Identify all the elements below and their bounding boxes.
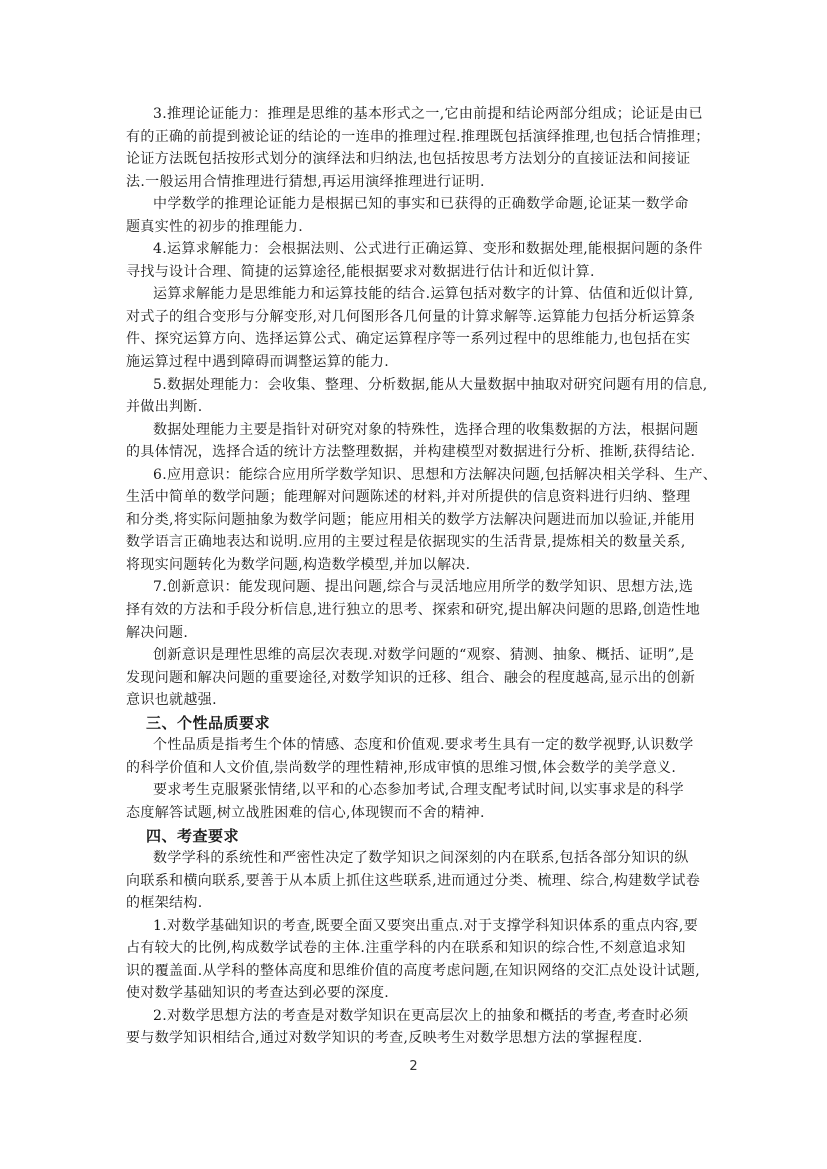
- text-line: 中学数学的推理论证能力是根据已知的事实和已获得的正确数学命题,论证某一数学命: [126, 193, 708, 216]
- text-line: 的具体情况，选择合适的统计方法整理数据，并构建模型对数据进行分析、推断,获得结论…: [126, 441, 708, 464]
- section-heading: 三、个性品质要求: [126, 712, 708, 735]
- paragraph: 个性品质是指考生个体的情感、态度和价值观.要求考生具有一定的数学视野,认识数学的…: [126, 734, 708, 779]
- text-line: 4.运算求解能力：会根据法则、公式进行正确运算、变形和数据处理,能根据问题的条件: [126, 238, 708, 261]
- text-line: 使对数学基础知识的考查达到必要的深度.: [126, 982, 708, 1005]
- text-line: 数学语言正确地表达和说明.应用的主要过程是依据现实的生活背景,提炼相关的数量关系…: [126, 531, 708, 554]
- text-line: 择有效的方法和手段分析信息,进行独立的思考、探索和研究,提出解决问题的思路,创造…: [126, 599, 708, 622]
- text-line: 题真实性的初步的推理能力.: [126, 216, 708, 239]
- document-page: 3.推理论证能力：推理是思维的基本形式之一,它由前提和结论两部分组成；论证是由已…: [126, 103, 708, 1050]
- text-line: 个性品质是指考生个体的情感、态度和价值观.要求考生具有一定的数学视野,认识数学: [126, 734, 708, 757]
- text-line: 将现实问题转化为数学问题,构造数学模型,并加以解决.: [126, 554, 708, 577]
- paragraph: 6.应用意识：能综合应用所学数学知识、思想和方法解决问题,包括解决相关学科、生产…: [126, 464, 708, 577]
- paragraph: 1.对数学基础知识的考查,既要全面又要突出重点.对于支撑学科知识体系的重点内容,…: [126, 915, 708, 1005]
- text-line: 占有较大的比例,构成数学试卷的主体.注重学科的内在联系和知识的综合性,不刻意追求…: [126, 937, 708, 960]
- text-line: 和分类,将实际问题抽象为数学问题；能应用相关的数学方法解决问题进而加以验证,并能…: [126, 509, 708, 532]
- paragraph: 3.推理论证能力：推理是思维的基本形式之一,它由前提和结论两部分组成；论证是由已…: [126, 103, 708, 193]
- text-line: 发现问题和解决问题的重要途径,对数学知识的迁移、组合、融会的程度越高,显示出的创…: [126, 667, 708, 690]
- text-line: 数据处理能力主要是指针对研究对象的特殊性，选择合理的收集数据的方法，根据问题: [126, 419, 708, 442]
- text-line: 1.对数学基础知识的考查,既要全面又要突出重点.对于支撑学科知识体系的重点内容,…: [126, 915, 708, 938]
- text-line: 创新意识是理性思维的高层次表现.对数学问题的“观察、猜测、抽象、概括、证明”,是: [126, 644, 708, 667]
- paragraph: 中学数学的推理论证能力是根据已知的事实和已获得的正确数学命题,论证某一数学命题真…: [126, 193, 708, 238]
- text-line: 的框架结构.: [126, 892, 708, 915]
- text-line: 数学学科的系统性和严密性决定了数学知识之间深刻的内在联系,包括各部分知识的纵: [126, 847, 708, 870]
- text-line: 生活中简单的数学问题；能理解对问题陈述的材料,并对所提供的信息资料进行归纳、整理: [126, 486, 708, 509]
- paragraph: 数学学科的系统性和严密性决定了数学知识之间深刻的内在联系,包括各部分知识的纵向联…: [126, 847, 708, 915]
- text-line: 5.数据处理能力：会收集、整理、分析数据,能从大量数据中抽取对研究问题有用的信息…: [126, 374, 708, 397]
- text-line: 论证方法既包括按形式划分的演绎法和归纳法,也包括按思考方法划分的直接证法和间接证: [126, 148, 708, 171]
- section-heading: 四、考查要求: [126, 825, 708, 848]
- text-line: 识的覆盖面.从学科的整体高度和思维价值的高度考虑问题,在知识网络的交汇点处设计试…: [126, 960, 708, 983]
- text-line: 法.一般运用合情推理进行猜想,再运用演绎推理进行证明.: [126, 171, 708, 194]
- text-line: 寻找与设计合理、简捷的运算途径,能根据要求对数据进行估计和近似计算.: [126, 261, 708, 284]
- paragraph: 要求考生克服紧张情绪,以平和的心态参加考试,合理支配考试时间,以实事求是的科学态…: [126, 779, 708, 824]
- text-line: 要与数学知识相结合,通过对数学知识的考查,反映考生对数学思想方法的掌握程度.: [126, 1027, 708, 1050]
- text-line: 运算求解能力是思维能力和运算技能的结合.运算包括对数字的计算、估值和近似计算,: [126, 283, 708, 306]
- text-line: 件、探究运算方向、选择运算公式、确定运算程序等一系列过程中的思维能力,也包括在实: [126, 328, 708, 351]
- text-line: 解决问题.: [126, 622, 708, 645]
- text-line: 向联系和横向联系,要善于从本质上抓住这些联系,进而通过分类、梳理、综合,构建数学…: [126, 870, 708, 893]
- text-line: 的科学价值和人文价值,崇尚数学的理性精神,形成审慎的思维习惯,体会数学的美学意义…: [126, 757, 708, 780]
- text-line: 6.应用意识：能综合应用所学数学知识、思想和方法解决问题,包括解决相关学科、生产…: [126, 464, 708, 487]
- text-line: 有的正确的前提到被论证的结论的一连串的推理过程.推理既包括演绎推理,也包括合情推…: [126, 126, 708, 149]
- paragraph: 数据处理能力主要是指针对研究对象的特殊性，选择合理的收集数据的方法，根据问题的具…: [126, 419, 708, 464]
- text-line: 并做出判断.: [126, 396, 708, 419]
- paragraph: 创新意识是理性思维的高层次表现.对数学问题的“观察、猜测、抽象、概括、证明”,是…: [126, 644, 708, 712]
- text-line: 态度解答试题,树立战胜困难的信心,体现锲而不舍的精神.: [126, 802, 708, 825]
- page-number: 2: [0, 1059, 827, 1074]
- text-line: 3.推理论证能力：推理是思维的基本形式之一,它由前提和结论两部分组成；论证是由已: [126, 103, 708, 126]
- text-line: 7.创新意识：能发现问题、提出问题,综合与灵活地应用所学的数学知识、思想方法,选: [126, 576, 708, 599]
- text-line: 意识也就越强.: [126, 689, 708, 712]
- text-line: 2.对数学思想方法的考查是对数学知识在更高层次上的抽象和概括的考查,考查时必须: [126, 1005, 708, 1028]
- paragraph: 4.运算求解能力：会根据法则、公式进行正确运算、变形和数据处理,能根据问题的条件…: [126, 238, 708, 283]
- text-line: 施运算过程中遇到障碍而调整运算的能力.: [126, 351, 708, 374]
- paragraph: 7.创新意识：能发现问题、提出问题,综合与灵活地应用所学的数学知识、思想方法,选…: [126, 576, 708, 644]
- text-line: 对式子的组合变形与分解变形,对几何图形各几何量的计算求解等.运算能力包括分析运算…: [126, 306, 708, 329]
- paragraph: 5.数据处理能力：会收集、整理、分析数据,能从大量数据中抽取对研究问题有用的信息…: [126, 374, 708, 419]
- paragraph: 运算求解能力是思维能力和运算技能的结合.运算包括对数字的计算、估值和近似计算,对…: [126, 283, 708, 373]
- text-line: 要求考生克服紧张情绪,以平和的心态参加考试,合理支配考试时间,以实事求是的科学: [126, 779, 708, 802]
- paragraph: 2.对数学思想方法的考查是对数学知识在更高层次上的抽象和概括的考查,考查时必须要…: [126, 1005, 708, 1050]
